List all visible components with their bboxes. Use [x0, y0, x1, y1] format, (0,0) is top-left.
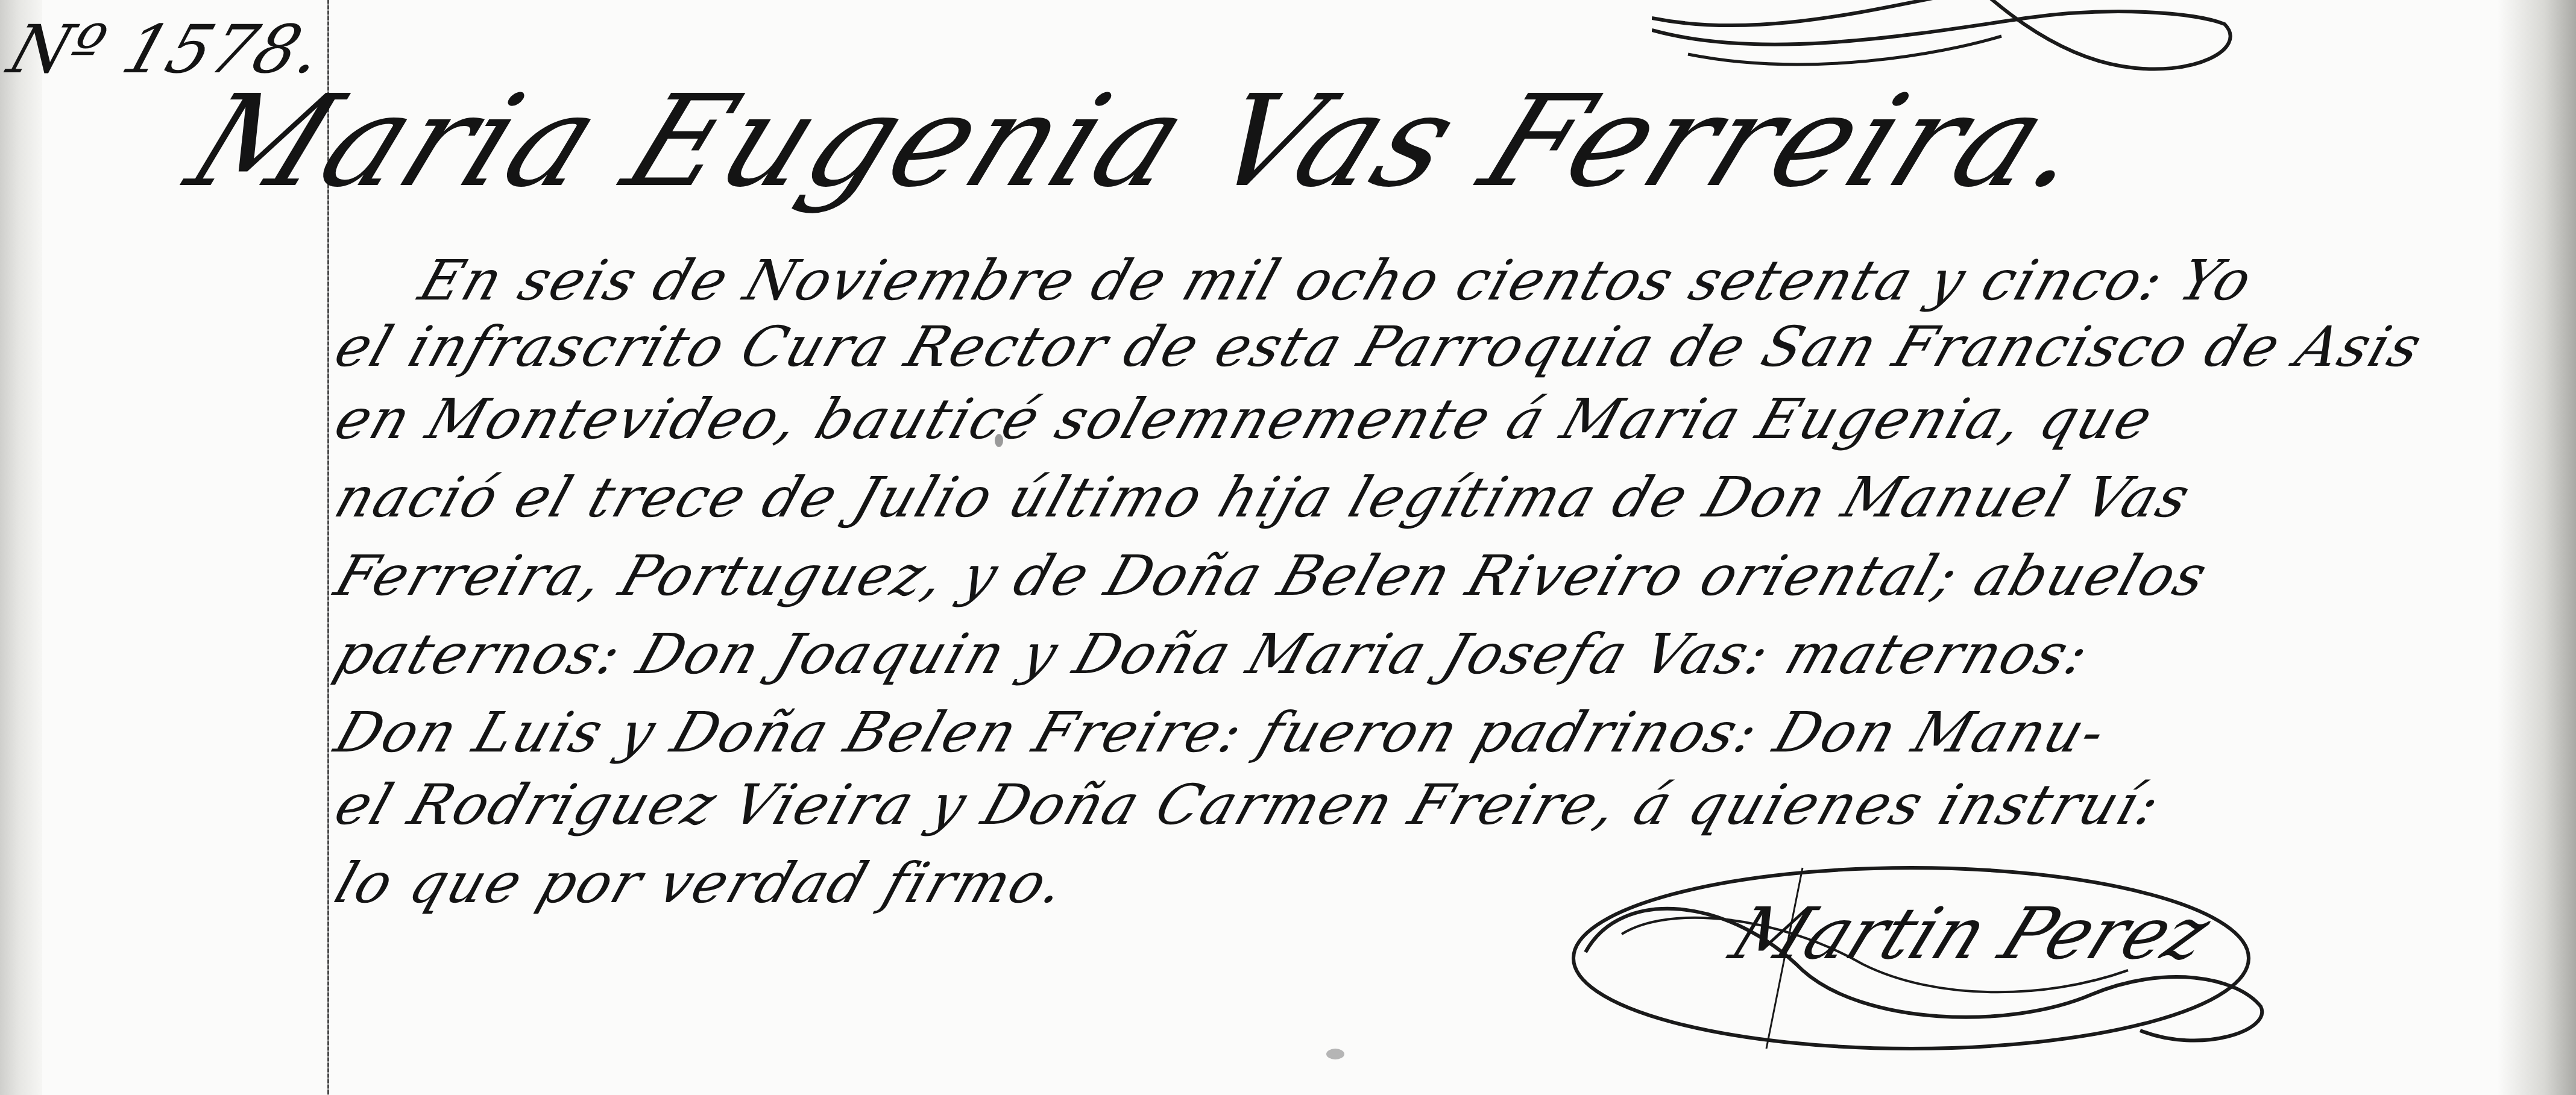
record-line-9: lo que por verdad firmo.: [329, 856, 1073, 911]
record-line-1: En seis de Noviembre de mil ocho cientos…: [413, 253, 2260, 309]
paper-speck: [995, 434, 1003, 447]
page-left-edge-shadow: [0, 0, 42, 1095]
record-line-6: paternos: Don Joaquin y Doña Maria Josef…: [329, 627, 2097, 682]
record-line-4: nació el trece de Julio último hija legí…: [329, 470, 2198, 526]
priest-signature: Martin Perez: [1719, 892, 2222, 975]
record-line-5: Ferreira, Portuguez, y de Doña Belen Riv…: [329, 548, 2215, 604]
paper-speck: [1326, 1049, 1344, 1059]
page-right-edge-shadow: [2498, 0, 2576, 1095]
record-line-7: Don Luis y Doña Belen Freire: fueron pad…: [329, 705, 2113, 761]
record-line-8: el Rodriguez Vieira y Doña Carmen Freire…: [329, 777, 2168, 833]
record-line-3: en Montevideo, bauticé solemnemente á Ma…: [329, 392, 2160, 447]
record-title-name: Maria Eugenia Vas Ferreira.: [174, 78, 2108, 205]
record-line-2: el infrascrito Cura Rector de esta Parro…: [329, 319, 2430, 375]
